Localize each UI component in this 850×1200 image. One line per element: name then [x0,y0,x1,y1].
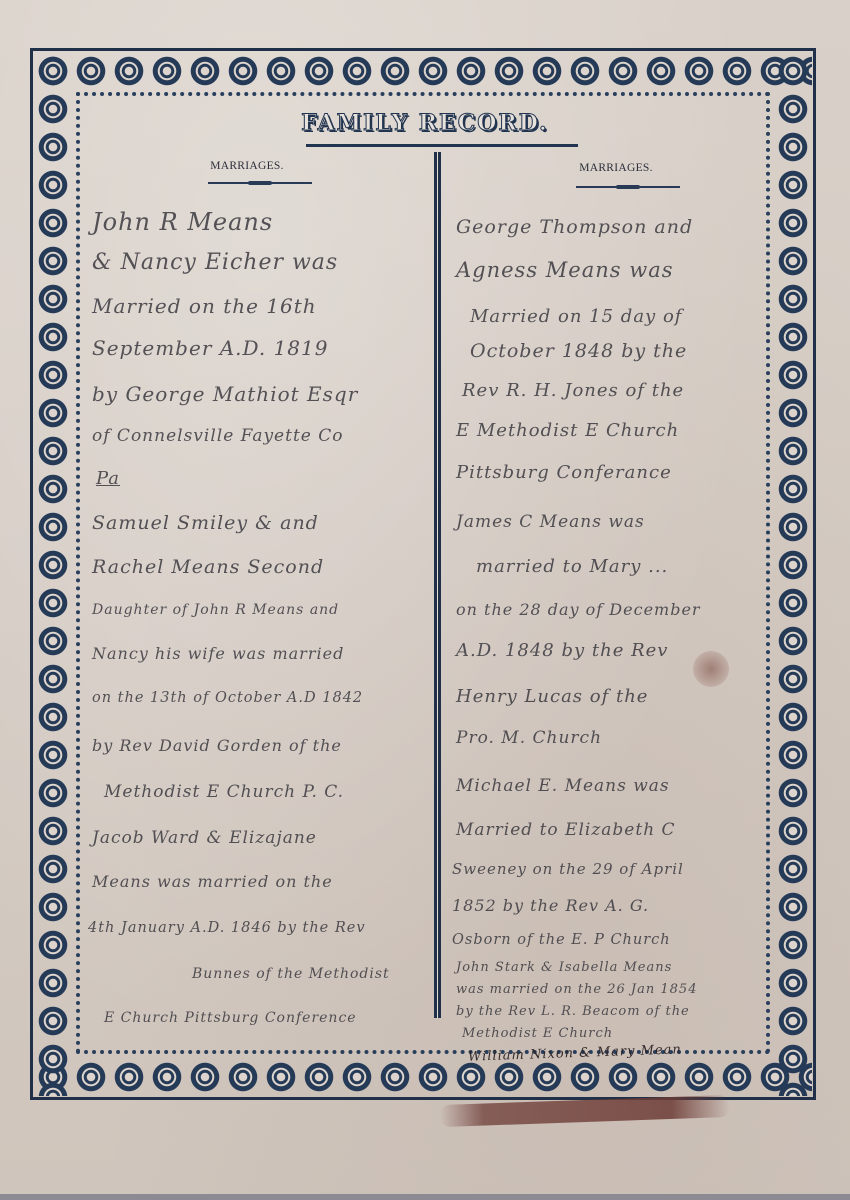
ornamental-border-right [774,52,812,1096]
left-line: by George Mathiot Esqr [92,382,358,406]
left-line: Pa [96,468,120,489]
ornamental-border-left [34,52,72,1096]
left-line: E Church Pittsburg Conference [104,1010,357,1026]
left-line: Married on the 16th [92,294,317,318]
right-line: E Methodist E Church [456,420,679,441]
right-line: George Thompson and [456,216,693,238]
right-line: by the Rev L. R. Beacom of the [456,1004,690,1019]
right-line: married to Mary ... [476,556,668,577]
left-line: Means was married on the [92,872,333,891]
left-line: of Connelsville Fayette Co [92,426,343,446]
left-line: & Nancy Eicher was [92,250,338,275]
left-line: Daughter of John R Means and [92,602,339,618]
left-line: John R Means [92,208,273,236]
ornamental-border-bottom [34,1058,812,1096]
right-line: John Stark & Isabella Means [456,960,672,975]
left-column-heading: MARRIAGES. [186,160,308,172]
left-line: September A.D. 1819 [92,336,328,360]
right-line: was married on the 26 Jan 1854 [456,982,697,997]
right-line: Married to Elizabeth C [456,820,676,840]
right-line: James C Means was [456,512,645,532]
page-title: FAMILY RECORD. [0,110,850,136]
right-heading-rule [576,186,680,188]
right-line: Married on 15 day of [470,306,682,327]
right-line: Rev R. H. Jones of the [462,380,684,401]
left-line: by Rev David Gorden of the [92,736,342,755]
right-line: A.D. 1848 by the Rev [456,640,668,661]
left-line: Rachel Means Second [92,556,324,578]
column-divider [434,152,441,1018]
left-line: 4th January A.D. 1846 by the Rev [88,920,366,936]
left-line: Bunnes of the Methodist [192,966,390,982]
ornamental-border-top [34,52,812,90]
right-line: Agness Means was [456,258,674,282]
right-line: Henry Lucas of the [456,686,648,707]
right-line: 1852 by the Rev A. G. [452,896,649,915]
left-heading-rule [208,182,312,184]
paper-edge [0,1194,850,1200]
right-line: Pittsburg Conferance [456,462,672,483]
right-line: Sweeney on the 29 of April [452,860,684,878]
left-line: Nancy his wife was married [92,644,344,663]
right-column-heading: MARRIAGES. [555,162,677,174]
left-line: on the 13th of October A.D 1842 [92,690,363,706]
right-line: on the 28 day of December [456,600,701,619]
right-line: Osborn of the E. P Church [452,932,671,948]
title-underline [306,144,578,147]
left-line: Methodist E Church P. C. [104,782,344,802]
right-line: Michael E. Means was [456,776,670,796]
left-line: Samuel Smiley & and [92,512,319,534]
right-line: October 1848 by the [470,340,687,362]
left-line: Jacob Ward & Elizajane [92,828,317,848]
ink-stain [693,651,729,687]
right-line: Pro. M. Church [456,728,602,748]
right-line: Methodist E Church [462,1026,613,1041]
